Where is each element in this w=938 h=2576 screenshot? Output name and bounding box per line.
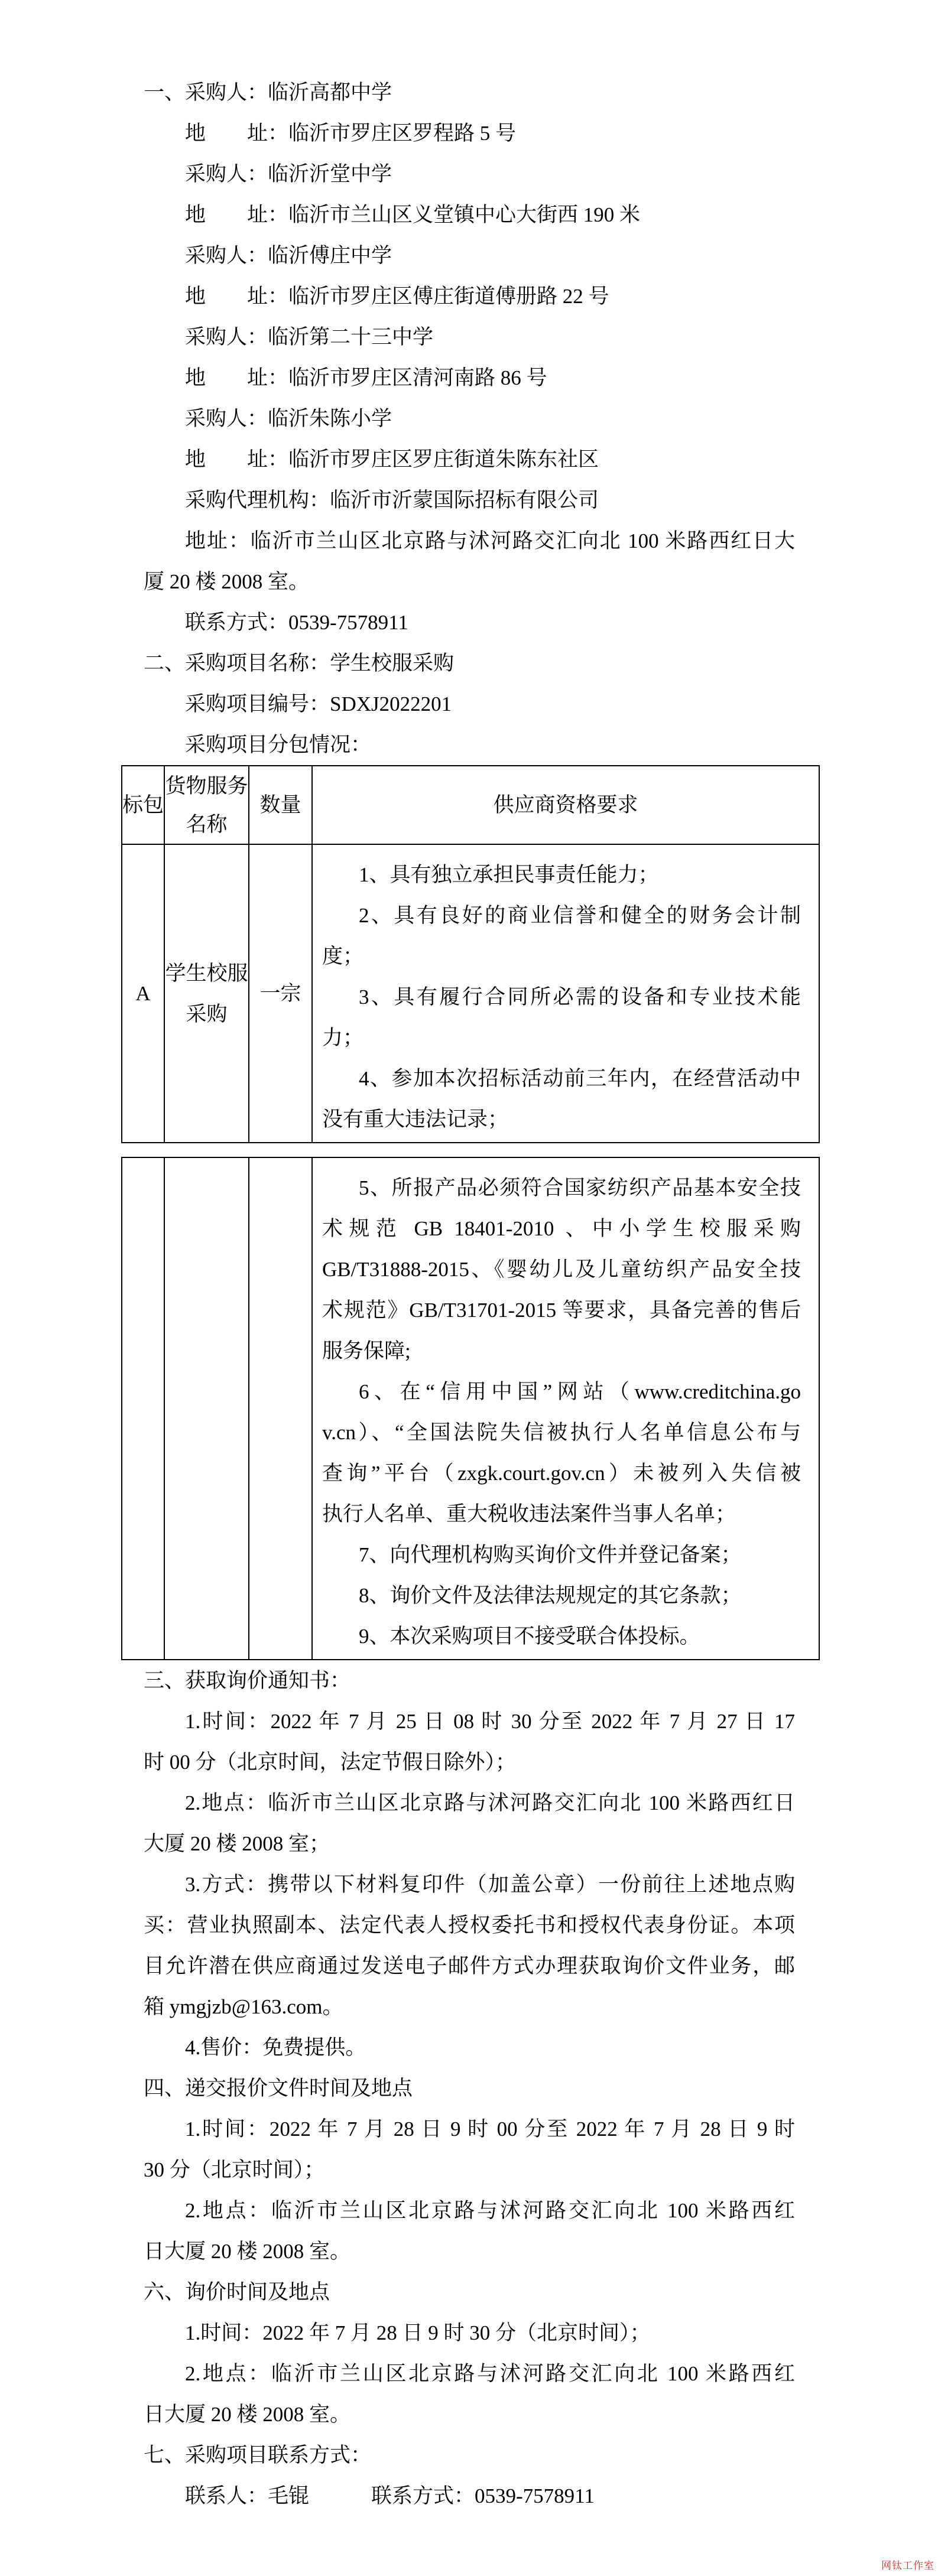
text-line: 地 址：临沂市罗庄区清河南路 86 号 xyxy=(144,357,795,398)
qualification-requirements: 1、具有独立承担民事责任能力；2、具有良好的商业信誉和健全的财务会计制度；3、具… xyxy=(313,845,819,1142)
text-line: 度； xyxy=(322,936,801,977)
text-line: 七、采购项目联系方式： xyxy=(144,2435,795,2476)
text-line: 地 址：临沂市罗庄区罗庄街道朱陈东社区 xyxy=(144,439,795,480)
header-bid-package: 标包 xyxy=(122,766,164,844)
cell-bid-package: A xyxy=(122,844,164,1143)
text-line: 二、采购项目名称：学生校服采购 xyxy=(144,643,795,684)
text-line: 1.时间：2022 年 7 月 25 日 08 时 30 分至 2022 年 7… xyxy=(144,1701,795,1742)
watermark: 网钛工作室 xyxy=(881,2560,934,2572)
text-line: 一、采购人：临沂高都中学 xyxy=(144,72,795,113)
text-line: 地址：临沂市兰山区北京路与沭河路交汇向北 100 米路西红日大 xyxy=(144,521,795,561)
text-line: v.cn）、“全国法院失信被执行人名单信息公布与 xyxy=(322,1412,801,1453)
text-line: 地 址：临沂市罗庄区罗程路 5 号 xyxy=(144,113,795,154)
text-line: 4、参加本次招标活动前三年内，在经营活动中 xyxy=(322,1058,801,1099)
text-line: 采购代理机构：临沂市沂蒙国际招标有限公司 xyxy=(144,480,795,521)
text-line: 1.时间：2022 年 7 月 28 日 9 时 00 分至 2022 年 7 … xyxy=(144,2109,795,2149)
text-line: 1.时间：2022 年 7 月 28 日 9 时 30 分（北京时间）； xyxy=(144,2312,795,2353)
text-line: 2.地点：临沂市兰山区北京路与沭河路交汇向北 100 米路西红日 xyxy=(144,1783,795,1823)
text-line: 地 址：临沂市罗庄区傅庄街道傅册路 22 号 xyxy=(144,276,795,317)
lot-table-continued-row: 5、所报产品必须符合国家纺织产品基本安全技术规范 GB 18401-2010 、… xyxy=(122,1157,819,1660)
empty-cell xyxy=(164,1157,249,1660)
text-line: 2.地点：临沂市兰山区北京路与沭河路交汇向北 100 米路西红 xyxy=(144,2190,795,2231)
text-line: 目允许潜在供应商通过发送电子邮件方式办理获取询价文件业务，邮 xyxy=(144,1946,795,1986)
text-line: 2.地点：临沂市兰山区北京路与沭河路交汇向北 100 米路西红 xyxy=(144,2353,795,2394)
text-line: 联系人：毛锟 联系方式：0539-7578911 xyxy=(144,2476,795,2516)
text-line: 地 址：临沂市兰山区义堂镇中心大街西 190 米 xyxy=(144,194,795,235)
header-supplier-qualification: 供应商资格要求 xyxy=(312,766,819,844)
text-line: 没有重大违法记录； xyxy=(322,1099,801,1140)
header-goods-service-name: 货物服务名称 xyxy=(164,766,249,844)
text-line: 买：营业执照副本、法定代表人授权委托书和授权代表身份证。本项 xyxy=(144,1905,795,1946)
text-line: 7、向代理机构购买询价文件并登记备案； xyxy=(322,1534,801,1575)
text-line: 四、递交报价文件时间及地点 xyxy=(144,2068,795,2109)
lot-table-row-a: A 学生校服采购 一宗 1、具有独立承担民事责任能力；2、具有良好的商业信誉和健… xyxy=(122,844,819,1143)
header-quantity: 数量 xyxy=(249,766,312,844)
document-body: 一、采购人：临沂高都中学地 址：临沂市罗庄区罗程路 5 号采购人：临沂沂堂中学地… xyxy=(144,72,795,2516)
purchasers-section: 一、采购人：临沂高都中学地 址：临沂市罗庄区罗程路 5 号采购人：临沂沂堂中学地… xyxy=(144,72,795,765)
text-line: 查询”平台（zxgk.court.gov.cn）未被列入失信被 xyxy=(322,1453,801,1494)
text-line: 采购项目分包情况： xyxy=(144,724,795,765)
text-line: 9、本次采购项目不接受联合体投标。 xyxy=(322,1616,801,1657)
text-line: 术规范 GB 18401-2010 、中小学生校服采购 xyxy=(322,1208,801,1249)
text-line: 5、所报产品必须符合国家纺织产品基本安全技 xyxy=(322,1167,801,1208)
text-line: 30 分（北京时间）； xyxy=(144,2149,795,2190)
text-line: 服务保障; xyxy=(322,1331,801,1371)
text-line: 时 00 分（北京时间，法定节假日除外）； xyxy=(144,1742,795,1783)
text-line: 六、询价时间及地点 xyxy=(144,2272,795,2312)
text-line: 日大厦 20 楼 2008 室。 xyxy=(144,2231,795,2272)
text-line: 8、询价文件及法律法规规定的其它条款； xyxy=(322,1575,801,1616)
text-line: 采购项目编号：SDXJ2022201 xyxy=(144,684,795,724)
text-line: GB/T31888-2015、《婴幼儿及儿童纺织产品安全技 xyxy=(322,1249,801,1290)
text-line: 采购人：临沂沂堂中学 xyxy=(144,154,795,194)
text-line: 三、获取询价通知书： xyxy=(144,1660,795,1701)
text-line: 采购人：临沂朱陈小学 xyxy=(144,398,795,439)
cell-supplier-qualification: 1、具有独立承担民事责任能力；2、具有良好的商业信誉和健全的财务会计制度；3、具… xyxy=(312,844,819,1143)
text-line: 联系方式：0539-7578911 xyxy=(144,602,795,643)
text-line: 采购人：临沂傅庄中学 xyxy=(144,235,795,276)
text-line: 日大厦 20 楼 2008 室。 xyxy=(144,2394,795,2435)
procurement-notice-page: 一、采购人：临沂高都中学地 址：临沂市罗庄区罗程路 5 号采购人：临沂沂堂中学地… xyxy=(0,0,938,2576)
qualification-requirements-continued: 5、所报产品必须符合国家纺织产品基本安全技术规范 GB 18401-2010 、… xyxy=(313,1158,819,1659)
text-line: 6、在“信用中国”网站（www.creditchina.go xyxy=(322,1371,801,1412)
text-line: 术规范》GB/T31701-2015 等要求，具备完善的售后 xyxy=(322,1290,801,1331)
empty-cell xyxy=(249,1157,312,1660)
empty-cell xyxy=(122,1157,164,1660)
cell-supplier-qualification-continued: 5、所报产品必须符合国家纺织产品基本安全技术规范 GB 18401-2010 、… xyxy=(312,1157,819,1660)
text-line: 箱 ymgjzb@163.com。 xyxy=(144,1986,795,2027)
text-line: 力； xyxy=(322,1017,801,1058)
procedure-sections: 三、获取询价通知书：1.时间：2022 年 7 月 25 日 08 时 30 分… xyxy=(144,1660,795,2516)
text-line: 大厦 20 楼 2008 室； xyxy=(144,1823,795,1864)
text-line: 3.方式：携带以下材料复印件（加盖公章）一份前往上述地点购 xyxy=(144,1864,795,1905)
table-page-break-gap xyxy=(144,1143,795,1157)
text-line: 2、具有良好的商业信誉和健全的财务会计制 xyxy=(322,895,801,936)
lot-table: 标包 货物服务名称 数量 供应商资格要求 A 学生校服采购 一宗 1、具有独立承… xyxy=(121,765,820,1143)
lot-table-continued: 5、所报产品必须符合国家纺织产品基本安全技术规范 GB 18401-2010 、… xyxy=(121,1157,820,1660)
text-line: 3、具有履行合同所必需的设备和专业技术能 xyxy=(322,977,801,1017)
text-line: 采购人：临沂第二十三中学 xyxy=(144,317,795,357)
text-line: 4.售价：免费提供。 xyxy=(144,2027,795,2068)
lot-table-header-row: 标包 货物服务名称 数量 供应商资格要求 xyxy=(122,766,819,844)
cell-quantity: 一宗 xyxy=(249,844,312,1143)
text-line: 执行人名单、重大税收违法案件当事人名单； xyxy=(322,1494,801,1534)
text-line: 厦 20 楼 2008 室。 xyxy=(144,561,795,602)
text-line: 1、具有独立承担民事责任能力； xyxy=(322,854,801,895)
cell-goods-service-name: 学生校服采购 xyxy=(164,844,249,1143)
